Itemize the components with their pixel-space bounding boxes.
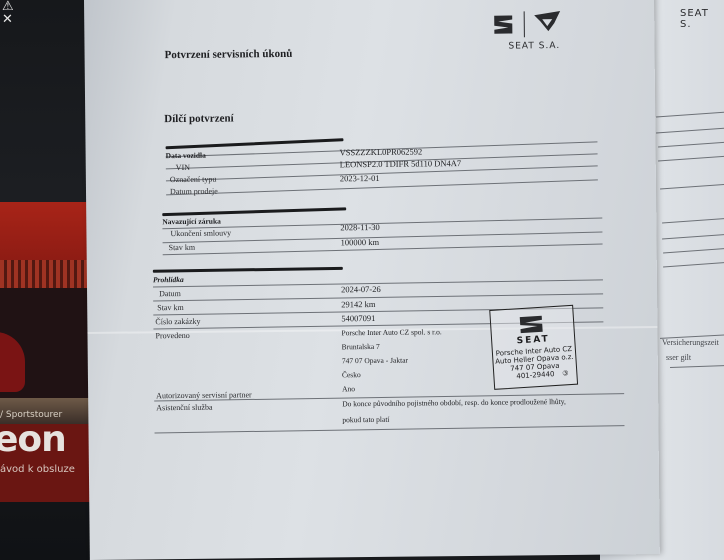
label-order-number: Číslo zakázky (155, 317, 200, 326)
label-inspection-mileage: Stav km (157, 303, 184, 312)
document-subtitle: Dílčí potvrzení (164, 112, 233, 125)
label-performed-by: Provedeno (155, 331, 189, 340)
cupra-logo-icon (534, 11, 560, 31)
label-sale-date: Datum prodeje (170, 187, 218, 196)
second-page-line-1: Versicherungszeit (662, 338, 719, 347)
section-heading-vehicle-data: Data vozidla (166, 151, 206, 160)
booklet-title: eon (0, 422, 66, 458)
value-warranty-mileage: 100000 km (340, 237, 379, 247)
company-name: SEAT S.A. (508, 41, 560, 52)
value-order-number: 54007091 (341, 313, 375, 323)
seat-logo-icon (494, 16, 512, 34)
label-warranty-mileage: Stav km (169, 243, 196, 252)
close-icon: ✕ (2, 13, 14, 26)
booklet-description: ávod k obsluze (0, 464, 75, 475)
value-assistance-service-line-2: pokud tato platí (342, 415, 389, 424)
label-assistance-service: Asistenční služba (156, 403, 212, 413)
second-page-company: SEAT S. (680, 8, 724, 30)
label-vin: VIN (176, 163, 190, 172)
value-sale-date: 2023-12-01 (340, 173, 380, 183)
value-inspection-date: 2024-07-26 (341, 284, 381, 294)
value-performed-by-line-2: Bruntalska 7 (342, 342, 380, 351)
value-vin: VSSZZZKL0PR062592 (340, 146, 423, 157)
dealer-stamp: SEAT Porsche Inter Auto CZ Auto Heller O… (489, 305, 578, 390)
value-type-designation: LEONSP2.0 TDIFR 5d110 DN4A7 (340, 158, 461, 169)
value-assistance-service-line-1: Do konce původního pojistného období, re… (342, 397, 566, 408)
value-performed-by-line-3: 747 07 Opava - Jaktar (342, 356, 408, 366)
service-confirmation-document: SEAT S.A. Potvrzení servisních úkonů Díl… (84, 0, 660, 560)
owners-manual-booklet: / Sportstourer eon ávod k obsluze (0, 202, 92, 502)
label-type-designation: Označení typu (170, 175, 217, 184)
value-performed-by-line-1: Porsche Inter Auto CZ spol. s r.o. (341, 327, 441, 337)
document-title: Potvrzení servisních úkonů (165, 48, 293, 61)
label-inspection-date: Datum (159, 289, 181, 298)
section-heading-warranty: Navazující záruka (162, 217, 221, 227)
value-inspection-mileage: 29142 km (341, 299, 375, 309)
value-contract-end: 2028-11-30 (340, 222, 379, 232)
seat-cupra-logo (492, 9, 564, 38)
label-contract-end: Ukončení smlouvy (170, 228, 231, 238)
seat-stamp-logo-icon (519, 314, 544, 335)
top-left-icons: ⚠ ✕ (2, 0, 14, 26)
value-authorized-partner: Ano (342, 384, 355, 393)
section-heading-inspection: Prohlídka (153, 275, 184, 284)
value-performed-by-line-4: Česko (342, 370, 361, 379)
second-page-line-2: sser gilt (666, 353, 691, 362)
